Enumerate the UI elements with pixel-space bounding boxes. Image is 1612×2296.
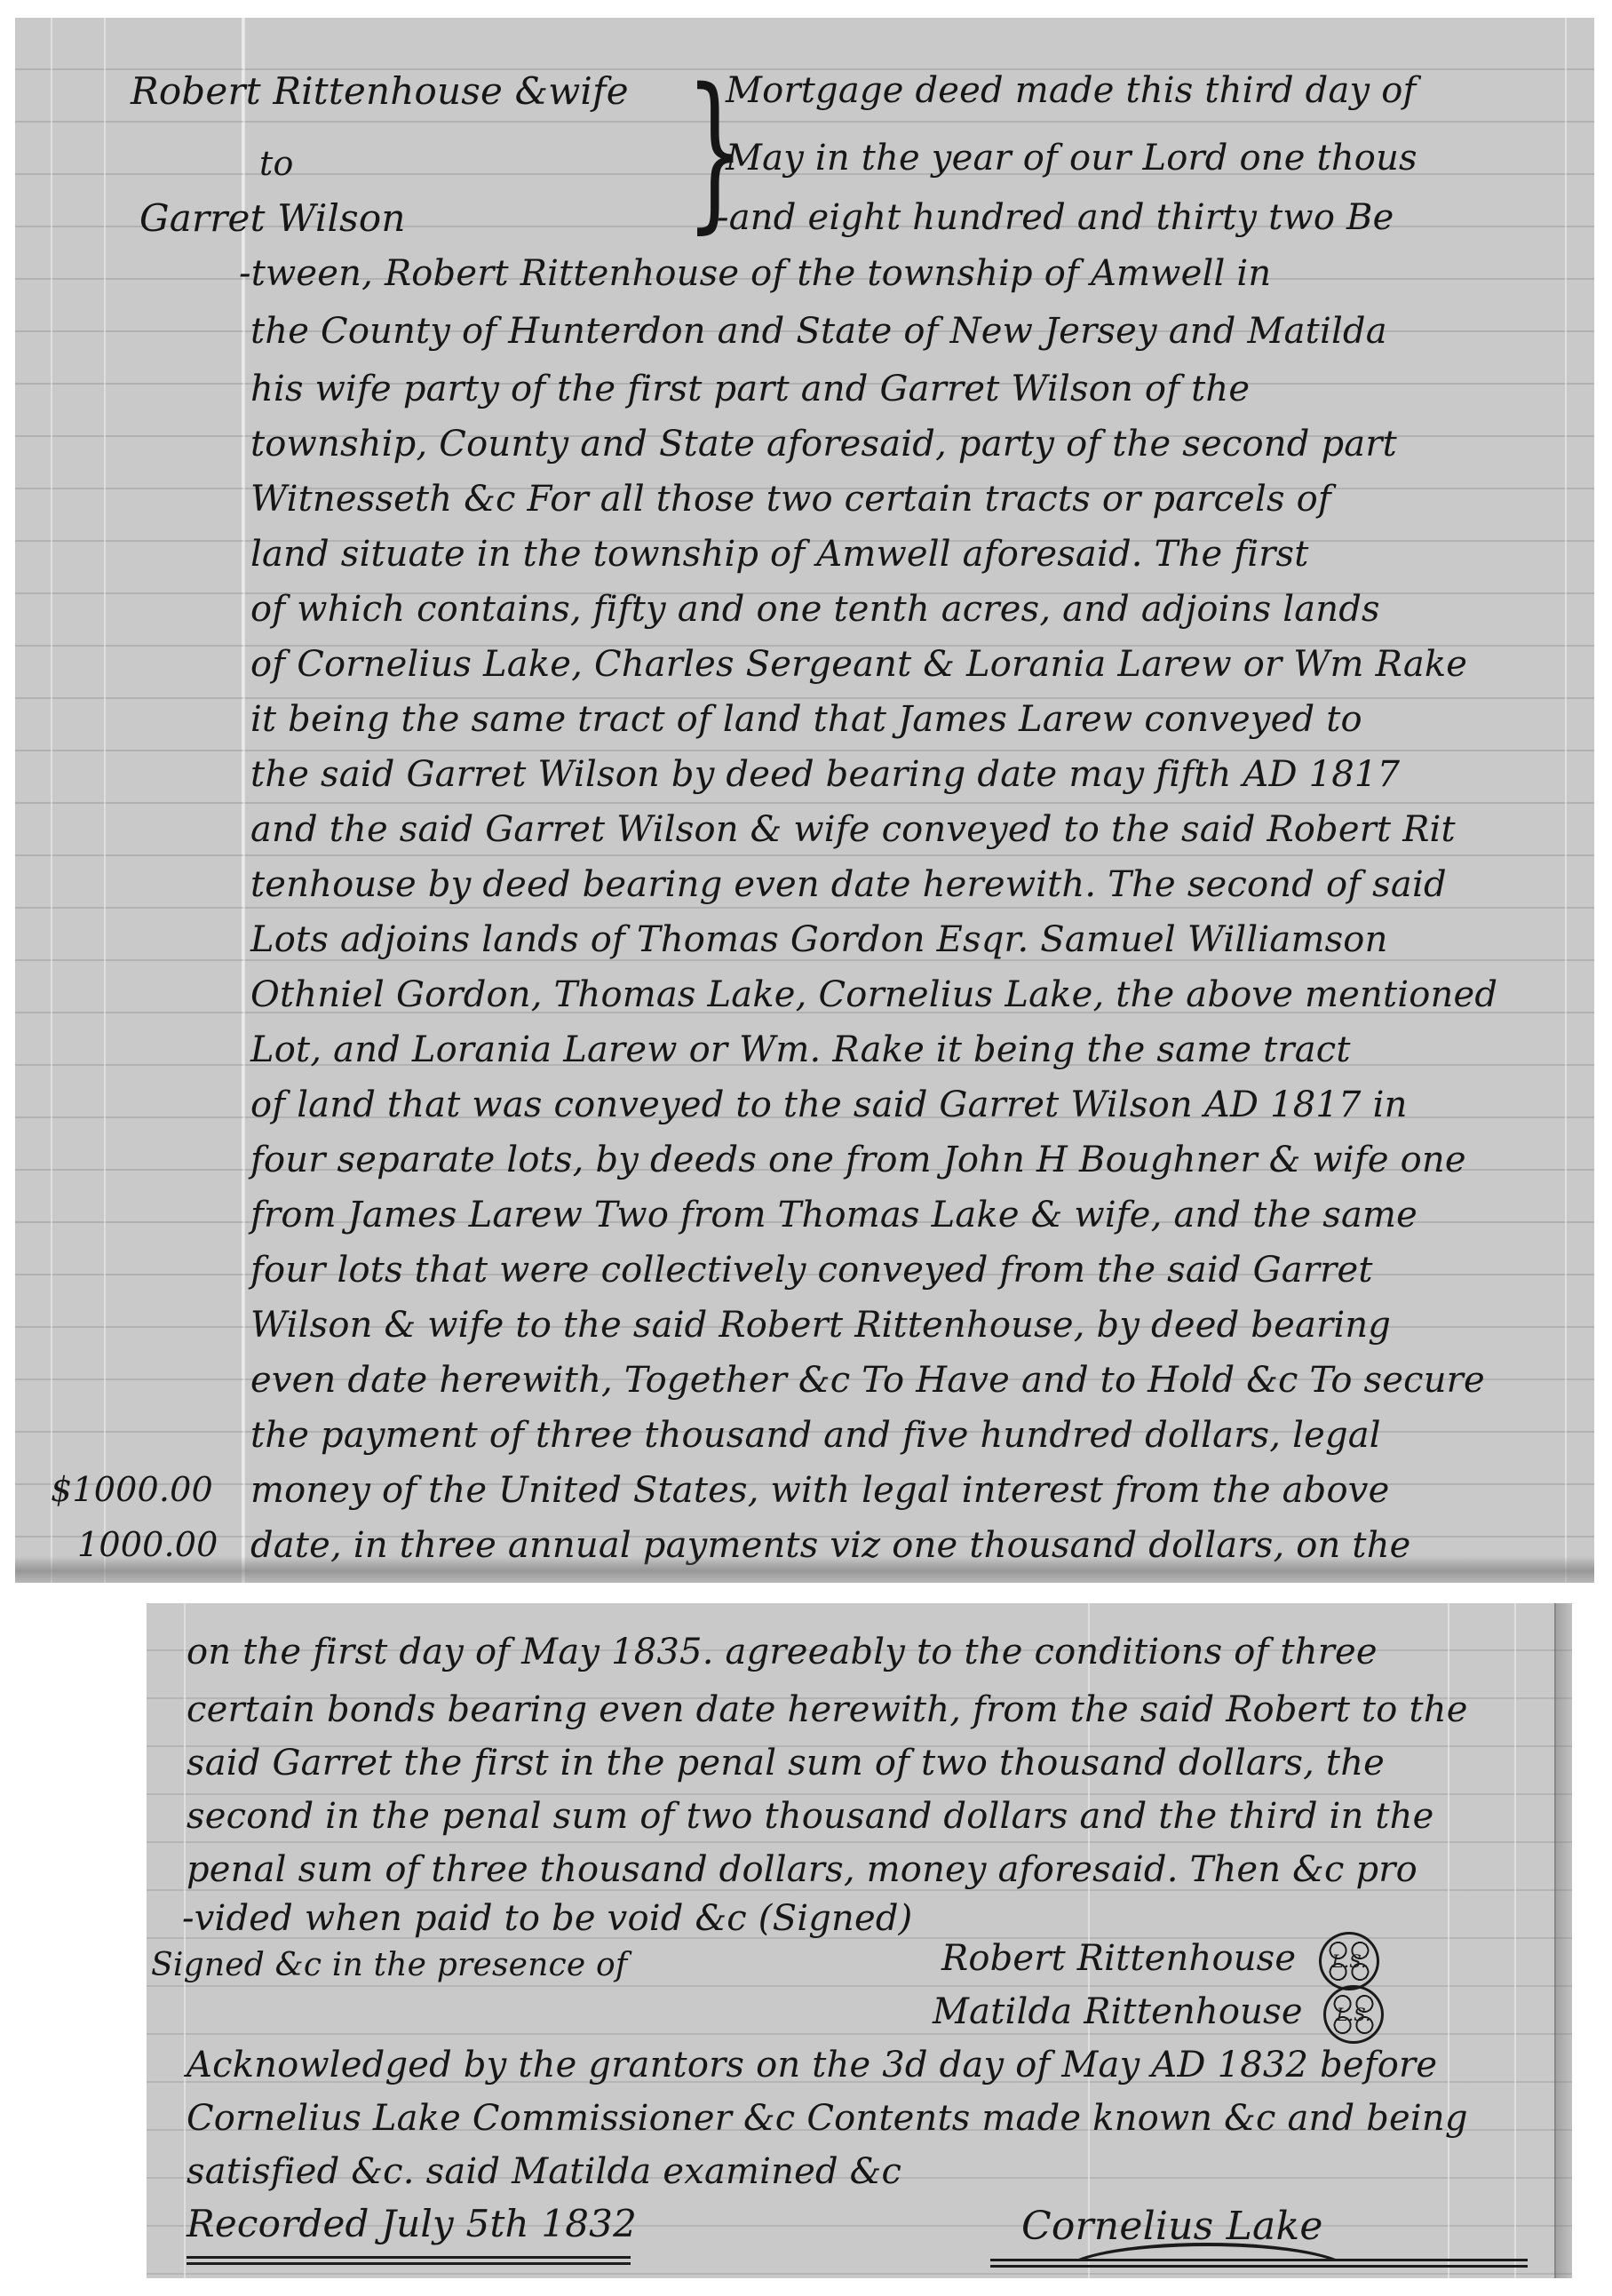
deed-continuation-line: penal sum of three thousand dollars, mon… xyxy=(187,1852,1417,1887)
deed-line: of Cornelius Lake, Charles Sergeant & Lo… xyxy=(250,647,1467,682)
deed-line: the said Garret Wilson by deed bearing d… xyxy=(250,757,1400,792)
deed-continuation-line: said Garret the first in the penal sum o… xyxy=(187,1745,1385,1781)
acknowledgment-line: Cornelius Lake Commissioner &c Contents … xyxy=(187,2101,1468,2136)
witness-line: Signed &c in the presence of xyxy=(151,1950,627,1982)
deed-line: land situate in the township of Amwell a… xyxy=(250,536,1309,572)
deed-line: Mortgage deed made this third day of xyxy=(726,73,1417,108)
deed-line: -tween, Robert Rittenhouse of the townsh… xyxy=(239,256,1271,291)
deed-line: of which contains, fifty and one tenth a… xyxy=(250,592,1380,627)
deed-continuation-line: -vided when paid to be void &c (Signed) xyxy=(182,1901,912,1936)
seal-icon: L.S. xyxy=(1319,1932,1379,1990)
deed-line: and the said Garret Wilson & wife convey… xyxy=(250,812,1456,847)
deed-line: the County of Hunterdon and State of New… xyxy=(250,314,1387,349)
deed-continuation-line: second in the penal sum of two thousand … xyxy=(187,1799,1434,1834)
ruled-margin-line xyxy=(104,18,106,1583)
deed-page-scan-top: Robert Rittenhouse &wife to Garret Wilso… xyxy=(15,18,1594,1583)
acknowledgment-line: Acknowledged by the grantors on the 3d d… xyxy=(187,2047,1437,2083)
deed-line: money of the United States, with legal i… xyxy=(250,1473,1389,1508)
caption-grantee: Garret Wilson xyxy=(139,200,406,237)
page-fold-shadow xyxy=(15,1556,1594,1583)
caption-grantor: Robert Rittenhouse &wife xyxy=(131,73,629,110)
caption-to: to xyxy=(259,147,294,180)
deed-continuation-line: certain bonds bearing even date herewith… xyxy=(187,1692,1468,1728)
ruled-margin-line xyxy=(1565,18,1567,1583)
deed-line: the payment of three thousand and five h… xyxy=(250,1418,1381,1453)
deed-line: from James Larew Two from Thomas Lake & … xyxy=(250,1197,1417,1233)
closing-double-rule xyxy=(990,2259,1528,2261)
deed-line: township, County and State aforesaid, pa… xyxy=(250,426,1397,462)
seal-label: L.S. xyxy=(1337,2004,1371,2025)
deed-line: May in the year of our Lord one thous xyxy=(726,140,1417,176)
seal-label: L.S. xyxy=(1332,1950,1367,1972)
deed-line: four lots that were collectively conveye… xyxy=(250,1252,1373,1288)
deed-line: Othniel Gordon, Thomas Lake, Cornelius L… xyxy=(250,977,1497,1013)
deed-line: his wife party of the first part and Gar… xyxy=(250,371,1250,407)
signature-matilda: Matilda Rittenhouse xyxy=(933,1994,1303,2030)
deed-continuation-line: on the first day of May 1835. agreeably … xyxy=(187,1634,1378,1670)
margin-amount: $1000.00 xyxy=(51,1473,213,1506)
seal-icon: L.S. xyxy=(1323,1985,1384,2044)
deed-line: Wilson & wife to the said Robert Rittenh… xyxy=(250,1307,1391,1343)
deed-line: -and eight hundred and thirty two Be xyxy=(717,200,1394,235)
deed-line: tenhouse by deed bearing even date herew… xyxy=(250,867,1447,902)
deed-line: Lots adjoins lands of Thomas Gordon Esqr… xyxy=(250,922,1388,957)
deed-page-scan-bottom: on the first day of May 1835. agreeably … xyxy=(147,1603,1572,2278)
acknowledgment-line: satisfied &c. said Matilda examined &c xyxy=(187,2154,901,2189)
deed-line: even date herewith, Together &c To Have … xyxy=(250,1363,1485,1398)
deed-line: four separate lots, by deeds one from Jo… xyxy=(250,1142,1466,1178)
closing-double-rule xyxy=(187,2256,631,2259)
commissioner-signature: Cornelius Lake xyxy=(1021,2207,1323,2246)
deed-line: Witnesseth &c For all those two certain … xyxy=(250,481,1331,517)
recorded-date: Recorded July 5th 1832 xyxy=(187,2205,637,2243)
deed-line: Lot, and Lorania Larew or Wm. Rake it be… xyxy=(250,1032,1351,1068)
signature-robert: Robert Rittenhouse xyxy=(941,1941,1296,1976)
ruled-margin-line xyxy=(51,18,52,1583)
deed-line: it being the same tract of land that Jam… xyxy=(250,702,1362,737)
ruled-margin-line xyxy=(1514,1603,1516,2278)
ruled-margin-line xyxy=(184,1603,186,2278)
deed-line: of land that was conveyed to the said Ga… xyxy=(250,1087,1408,1123)
page-edge-shadow xyxy=(1554,1603,1572,2278)
